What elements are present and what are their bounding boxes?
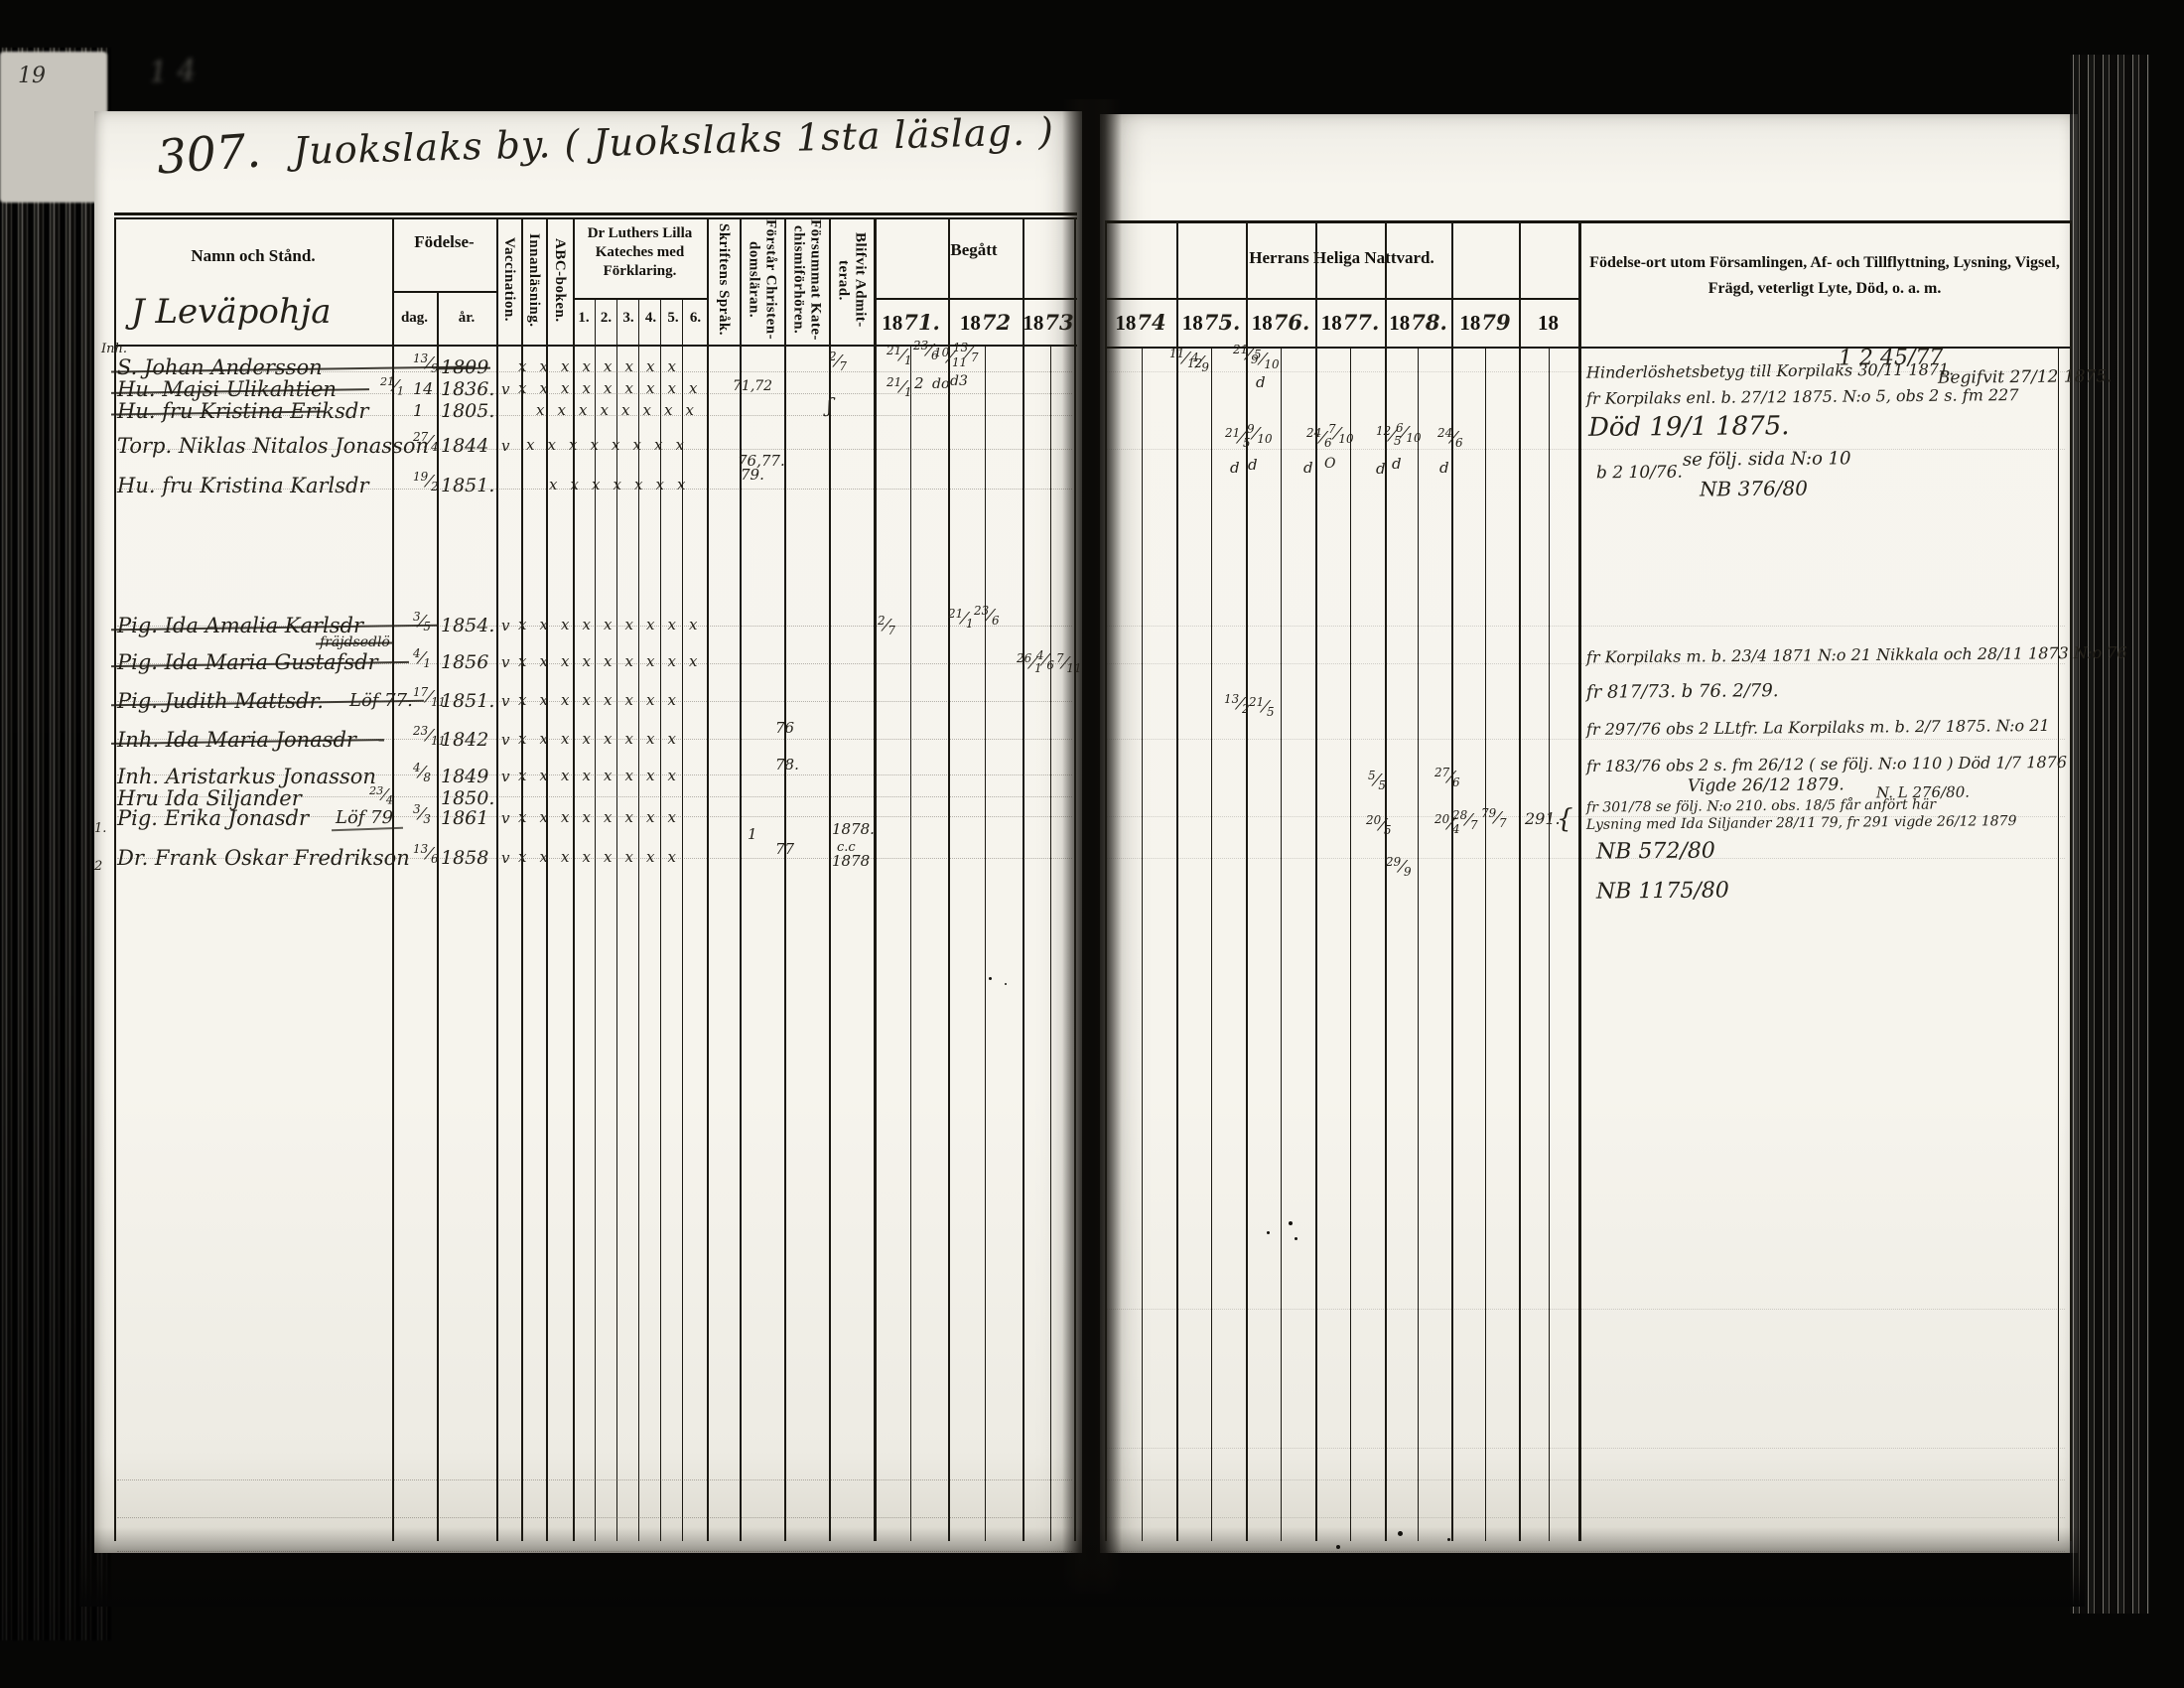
person-name: Dr. Frank Oskar Fredrikson [117,846,410,870]
grid-mark: 4⁄6 [1036,648,1054,672]
reading-mark: x [583,808,591,826]
row-guide-dotted [1107,626,2065,627]
row-guide-dotted [1107,858,2065,859]
grid-mark: 1878 [832,852,870,870]
reading-mark: x [625,357,633,375]
reading-mark: x [604,730,612,748]
rule-vertical [985,346,986,1541]
reading-mark: x [621,401,629,419]
rule-vertical [2070,220,2072,1541]
year-label: 1874 [1105,310,1176,336]
birth-year: 1861 [441,807,488,829]
reading-mark: x [561,691,569,709]
reading-mark: x [612,436,619,454]
ink-speck [1336,1545,1340,1549]
reading-mark: x [668,691,676,709]
rule-horizontal [114,217,1077,219]
scanned-ledger-spread: 19 1 4 307. Juokslaks by. ( Juokslaks 1s… [0,0,2184,1688]
reading-mark: x [646,379,654,397]
birth-day: 13⁄6 [413,842,439,866]
reading-mark: x [646,730,654,748]
katekes-number: 3. [617,310,639,327]
grid-mark: 291. [1525,809,1561,828]
birth-day: 4⁄1 [413,646,431,670]
reading-mark: x [625,767,633,784]
reading-mark: x [668,616,676,633]
annotation: NB 376/80 [1700,477,1808,501]
year-label: 1872 [948,310,1023,336]
reading-mark: x [625,848,633,866]
reading-mark: x [668,357,676,375]
reading-mark: x [583,616,591,633]
row-guide-dotted [1107,1551,2065,1552]
reading-mark: x [518,357,526,375]
reading-mark: x [625,379,633,397]
col-header-forsummat: Försummat Kate- chismiförhören. [784,216,829,344]
grid-mark: 5⁄10 [1254,348,1280,371]
birth-year: 1851. [441,690,494,712]
reading-mark: x [561,616,569,633]
rule-horizontal [114,212,1077,215]
rule-vertical [1176,220,1178,1541]
reading-mark: x [604,616,612,633]
person-note-after: Löf 79 [336,807,393,828]
rule-horizontal [874,298,1077,300]
row-guide-dotted [1107,449,2065,450]
grid-mark: 2⁄7 [878,614,895,637]
scan-corner-patch [0,52,107,203]
row-guide-dotted [1107,739,2065,740]
grid-mark: 2 [914,374,924,392]
grid-mark: 78. [775,756,799,774]
grid-mark: 76 [775,719,794,737]
grid-mark: d [1248,456,1258,474]
grid-mark: 7⁄11 [1056,651,1082,675]
col-header-name: Namn och Stånd. [117,246,389,266]
birth-year: 1836. [441,378,494,400]
reading-mark: x [583,767,591,784]
rule-vertical [1315,220,1317,1541]
col-header-vaccination: Vaccination. [496,216,521,344]
reading-mark: x [561,808,569,826]
birth-day: 3⁄3 [413,802,431,826]
reading-mark: x [643,401,651,419]
row-guide-dotted [117,1517,1072,1518]
reading-mark: x [583,357,591,375]
rule-horizontal [1105,220,2070,223]
reading-mark: x [583,379,591,397]
grid-mark: d3 [950,373,968,389]
reading-mark: x [668,730,676,748]
reading-mark: x [518,616,526,633]
birth-day: 14 [413,379,433,398]
col-header-begatt: Begått [874,240,1074,260]
col-header-katekes: Dr Luthers Lilla Kateches med Förklaring… [574,224,706,280]
grid-mark: O [1324,456,1335,472]
grid-mark: d [1376,460,1386,478]
reading-mark: x [668,848,676,866]
year-label: 1871. [874,310,948,336]
reading-mark: x [526,436,534,454]
grid-mark: 7⁄10 [1328,422,1354,446]
reading-mark: x [536,401,544,419]
annotation: 1 2 45/77 [1839,346,1944,371]
margin-page-number: 19 [18,64,46,88]
person-note-after: Löf 77. [349,690,413,711]
ink-speck [1289,1221,1293,1225]
grid-mark: 13⁄7 [953,341,979,364]
grid-mark: 5⁄5 [1368,769,1386,792]
book-edge-right [2070,55,2149,1614]
grid-mark: 79. [741,466,764,484]
reading-mark: x [549,476,557,493]
reading-mark: x [571,476,579,493]
person-note-after: 21⁄1 [380,375,404,398]
annotation: Vigde 26/12 1879. [1688,774,1844,795]
reading-mark: x [664,401,672,419]
grid-mark: 9⁄10 [1247,422,1273,446]
reading-mark: x [540,691,548,709]
reading-mark: x [518,730,526,748]
annotation: Död 19/1 1875. [1588,411,1790,443]
reading-mark: x [646,848,654,866]
row-guide-dotted [1107,1448,2065,1449]
reading-mark: x [561,652,569,670]
annotation: fr 817/73. b 76. 2/79. [1586,680,1779,703]
grid-mark: 29⁄9 [1386,855,1412,879]
rule-horizontal [392,291,496,293]
birth-day: 1 [413,401,423,420]
reading-mark: x [614,476,621,493]
vaccination-mark: v [501,731,509,749]
grid-mark: 13⁄2 [1224,692,1250,716]
reading-mark: x [654,436,662,454]
reading-mark: x [604,379,612,397]
rule-vertical [114,217,116,1541]
vaccination-mark: v [501,809,509,827]
reading-mark: x [583,730,591,748]
reading-mark: x [646,767,654,784]
rule-vertical [1105,220,1107,1541]
annotation: b 2 10/76. [1596,463,1683,484]
row-guide-dotted [1107,1479,2065,1480]
reading-mark: x [604,848,612,866]
reading-mark: x [625,730,633,748]
reading-mark: x [561,357,569,375]
reading-mark: x [583,691,591,709]
reading-mark: x [518,379,526,397]
person-name: Inh. Aristarkus Jonasson [117,765,376,788]
col-header-innanlasning: Innanläsning. [521,216,546,344]
year-label: 1873 [1023,310,1074,336]
grid-mark: 6⁄10 [1396,421,1422,445]
year-label: 1877. [1315,310,1385,336]
annotation: fr 301/78 se följ. N:o 210. obs. 18/5 få… [1586,796,1936,815]
reading-mark: x [540,767,548,784]
annotation: fr 297/76 obs 2 LLtfr. La Korpilaks m. b… [1586,716,2050,739]
birth-day: 4⁄8 [413,761,431,784]
rule-vertical [1246,220,1248,1541]
reading-mark: x [625,808,633,826]
reading-mark: x [625,616,633,633]
col-header-birth: Födelse- [394,232,494,252]
reading-mark: x [601,401,609,419]
notes-header-line2: Frägd, veterligt Lyte, Död, o. a. m. [1586,280,2063,298]
reading-mark: x [558,401,566,419]
reading-mark: x [668,808,676,826]
grid-mark: 21⁄1 [887,375,912,399]
birth-year: 1844 [441,435,488,457]
margin-scribble: 1 4 [148,54,197,90]
rule-vertical [1074,217,1076,1541]
birth-year: 1842 [441,729,488,751]
grid-mark: 24⁄6 [1437,426,1463,450]
reading-mark: x [604,652,612,670]
reading-mark: x [540,616,548,633]
birth-year: 1854. [441,615,494,636]
reading-mark: x [518,652,526,670]
rule-vertical [1519,220,1521,1541]
ink-speck [1267,1231,1270,1234]
annotation: NB 572/80 [1596,838,1715,864]
katekes-number: 6. [685,310,707,327]
annotation: Begifvit 27/12 1875. [1938,366,2113,388]
rule-vertical [910,346,911,1541]
reading-mark: x [689,379,697,397]
reading-mark: x [518,808,526,826]
reading-mark: x [604,691,612,709]
rule-vertical [1451,220,1453,1541]
reading-mark: x [548,436,556,454]
birth-year: 1850. [441,787,494,809]
reading-mark: x [592,476,600,493]
row-guide-dotted [1107,1517,2065,1518]
grid-mark: Inh. [101,342,127,356]
page-bottom-shadow [79,1527,2085,1607]
col-header-birth-day: dag. [393,310,436,327]
grid-mark: 77 [775,840,794,858]
page-number: 307. [155,123,262,185]
rule-vertical [1142,348,1143,1541]
rule-vertical [1211,348,1212,1541]
rule-vertical [1418,348,1419,1541]
katekes-number: 5. [662,310,684,327]
reading-mark: x [561,848,569,866]
grid-mark: d [1303,459,1313,477]
vaccination-mark: v [501,380,509,398]
reading-mark: x [540,379,548,397]
rule-vertical [1350,348,1351,1541]
rule-vertical [1281,348,1282,1541]
annotation: NB 1175/80 [1596,878,1729,904]
grid-mark: 2⁄7 [829,350,847,373]
reading-mark: x [646,808,654,826]
reading-mark: x [561,379,569,397]
reading-mark: x [579,401,587,419]
grid-mark: 79⁄7 [1481,806,1507,830]
katekes-number: 1. [573,310,595,327]
grid-mark: 23⁄6 [974,604,1000,628]
col-header-skriftens: Skriftens Språk. [707,216,740,344]
reading-mark: x [540,808,548,826]
reading-mark: x [646,357,654,375]
grid-mark: d [1439,459,1449,477]
row-guide-dotted [117,1479,1072,1480]
birth-day: 19⁄2 [413,470,439,493]
grid-mark: ʃ [827,393,832,417]
reading-mark: x [646,652,654,670]
reading-mark: x [583,848,591,866]
year-label: 1878. [1385,310,1451,336]
reading-mark: x [689,652,697,670]
person-name: Hu. fru Kristina Karlsdr [117,474,369,497]
reading-mark: x [625,691,633,709]
rule-vertical [1485,348,1486,1541]
ink-speck [1005,983,1007,985]
rule-vertical [1549,348,1550,1541]
reading-mark: x [677,476,685,493]
ink-speck [1447,1538,1450,1541]
grid-mark: 21⁄1 [948,607,974,631]
reading-mark: x [561,730,569,748]
vaccination-mark: v [501,768,509,785]
grid-mark: d [1392,455,1402,473]
reading-mark: x [540,652,548,670]
grid-mark: 2 [94,859,102,874]
grid-mark: { [1557,804,1573,834]
vaccination-mark: v [501,849,509,867]
year-label: 1876. [1246,310,1315,336]
reading-mark: x [634,476,642,493]
notes-header-line1: Födelse-ort utom Församlingen, Af- och T… [1586,254,2063,272]
col-header-forstar: Förstår Christen- domsläran. [740,216,784,344]
annotation: fr Korpilaks enl. b. 27/12 1875. N:o 5, … [1586,385,2019,408]
rule-vertical [1385,220,1387,1541]
grid-mark: do [932,376,949,392]
birth-day: 27⁄4 [413,430,439,454]
vaccination-mark: v [501,617,509,634]
grid-mark: 71,72 [733,378,772,394]
birth-day: 13⁄9 [413,352,439,375]
grid-mark: 21⁄5 [1249,695,1275,719]
reading-mark: x [656,476,664,493]
birth-year: 1805. [441,400,494,422]
year-label: 1875. [1176,310,1246,336]
reading-mark: x [668,652,676,670]
katekes-number: 2. [596,310,617,327]
reading-mark: x [625,652,633,670]
row-guide-dotted [1107,1309,2065,1310]
katekes-number: 4. [640,310,662,327]
person-note-after: 23⁄4 [369,784,393,807]
birth-year: 1849 [441,766,488,787]
row-guide-dotted [117,1551,1072,1552]
birth-day: 3⁄5 [413,610,431,633]
reading-mark: x [561,767,569,784]
grid-mark: d [1230,459,1240,477]
reading-mark: x [604,808,612,826]
reading-mark: x [591,436,599,454]
reading-mark: x [540,730,548,748]
reading-mark: x [604,357,612,375]
ink-speck [1398,1531,1403,1536]
reading-mark: x [583,652,591,670]
birth-year: 1858 [441,847,488,869]
vaccination-mark: v [501,692,509,710]
group-label: J Leväpohja [131,292,332,332]
reading-mark: x [540,848,548,866]
person-name: Torp. Niklas Nitalos Jonasson [117,434,429,458]
reading-mark: x [518,691,526,709]
reading-mark: x [518,848,526,866]
rule-horizontal [573,298,707,300]
reading-mark: x [689,616,697,633]
vaccination-mark: v [501,653,509,671]
grid-mark: 1. [94,821,106,836]
birth-year: 1851. [441,475,494,496]
rule-vertical [2058,348,2059,1541]
rule-vertical [1050,346,1051,1541]
reading-mark: x [668,767,676,784]
year-label: 1879 [1451,310,1519,336]
reading-mark: x [686,401,694,419]
reading-mark: x [569,436,577,454]
grid-mark: d [1256,373,1266,391]
ink-speck [989,977,992,980]
reading-mark: x [518,767,526,784]
birth-year: 1856 [441,651,488,673]
grid-mark: 27⁄6 [1434,766,1460,789]
reading-mark: x [646,616,654,633]
col-header-birth-year: år. [438,310,495,327]
grid-mark: 1878. [832,820,875,838]
ink-speck [1295,1237,1297,1240]
annotation: se följ. sida N:o 10 [1683,448,1851,470]
grid-mark: 21⁄1 [887,344,912,367]
grid-mark: 1 [748,825,757,843]
year-label: 18 [1519,310,1578,336]
reading-mark: x [633,436,641,454]
rule-vertical [1578,220,1581,1541]
vaccination-mark: v [501,437,509,455]
col-header-abc-boken: ABC-boken. [546,216,573,344]
col-header-blifvit: Blifvit Admit- terad. [829,216,874,344]
person-name: Pig. Erika Jonasdr [117,806,309,830]
grid-mark: 4⁄9 [1191,351,1209,374]
reading-mark: x [646,691,654,709]
grid-mark: 20⁄5 [1366,813,1392,837]
reading-mark: x [668,379,676,397]
reading-mark: x [540,357,548,375]
grid-mark: 28⁄7 [1452,808,1478,832]
reading-mark: x [604,767,612,784]
reading-mark: x [676,436,684,454]
